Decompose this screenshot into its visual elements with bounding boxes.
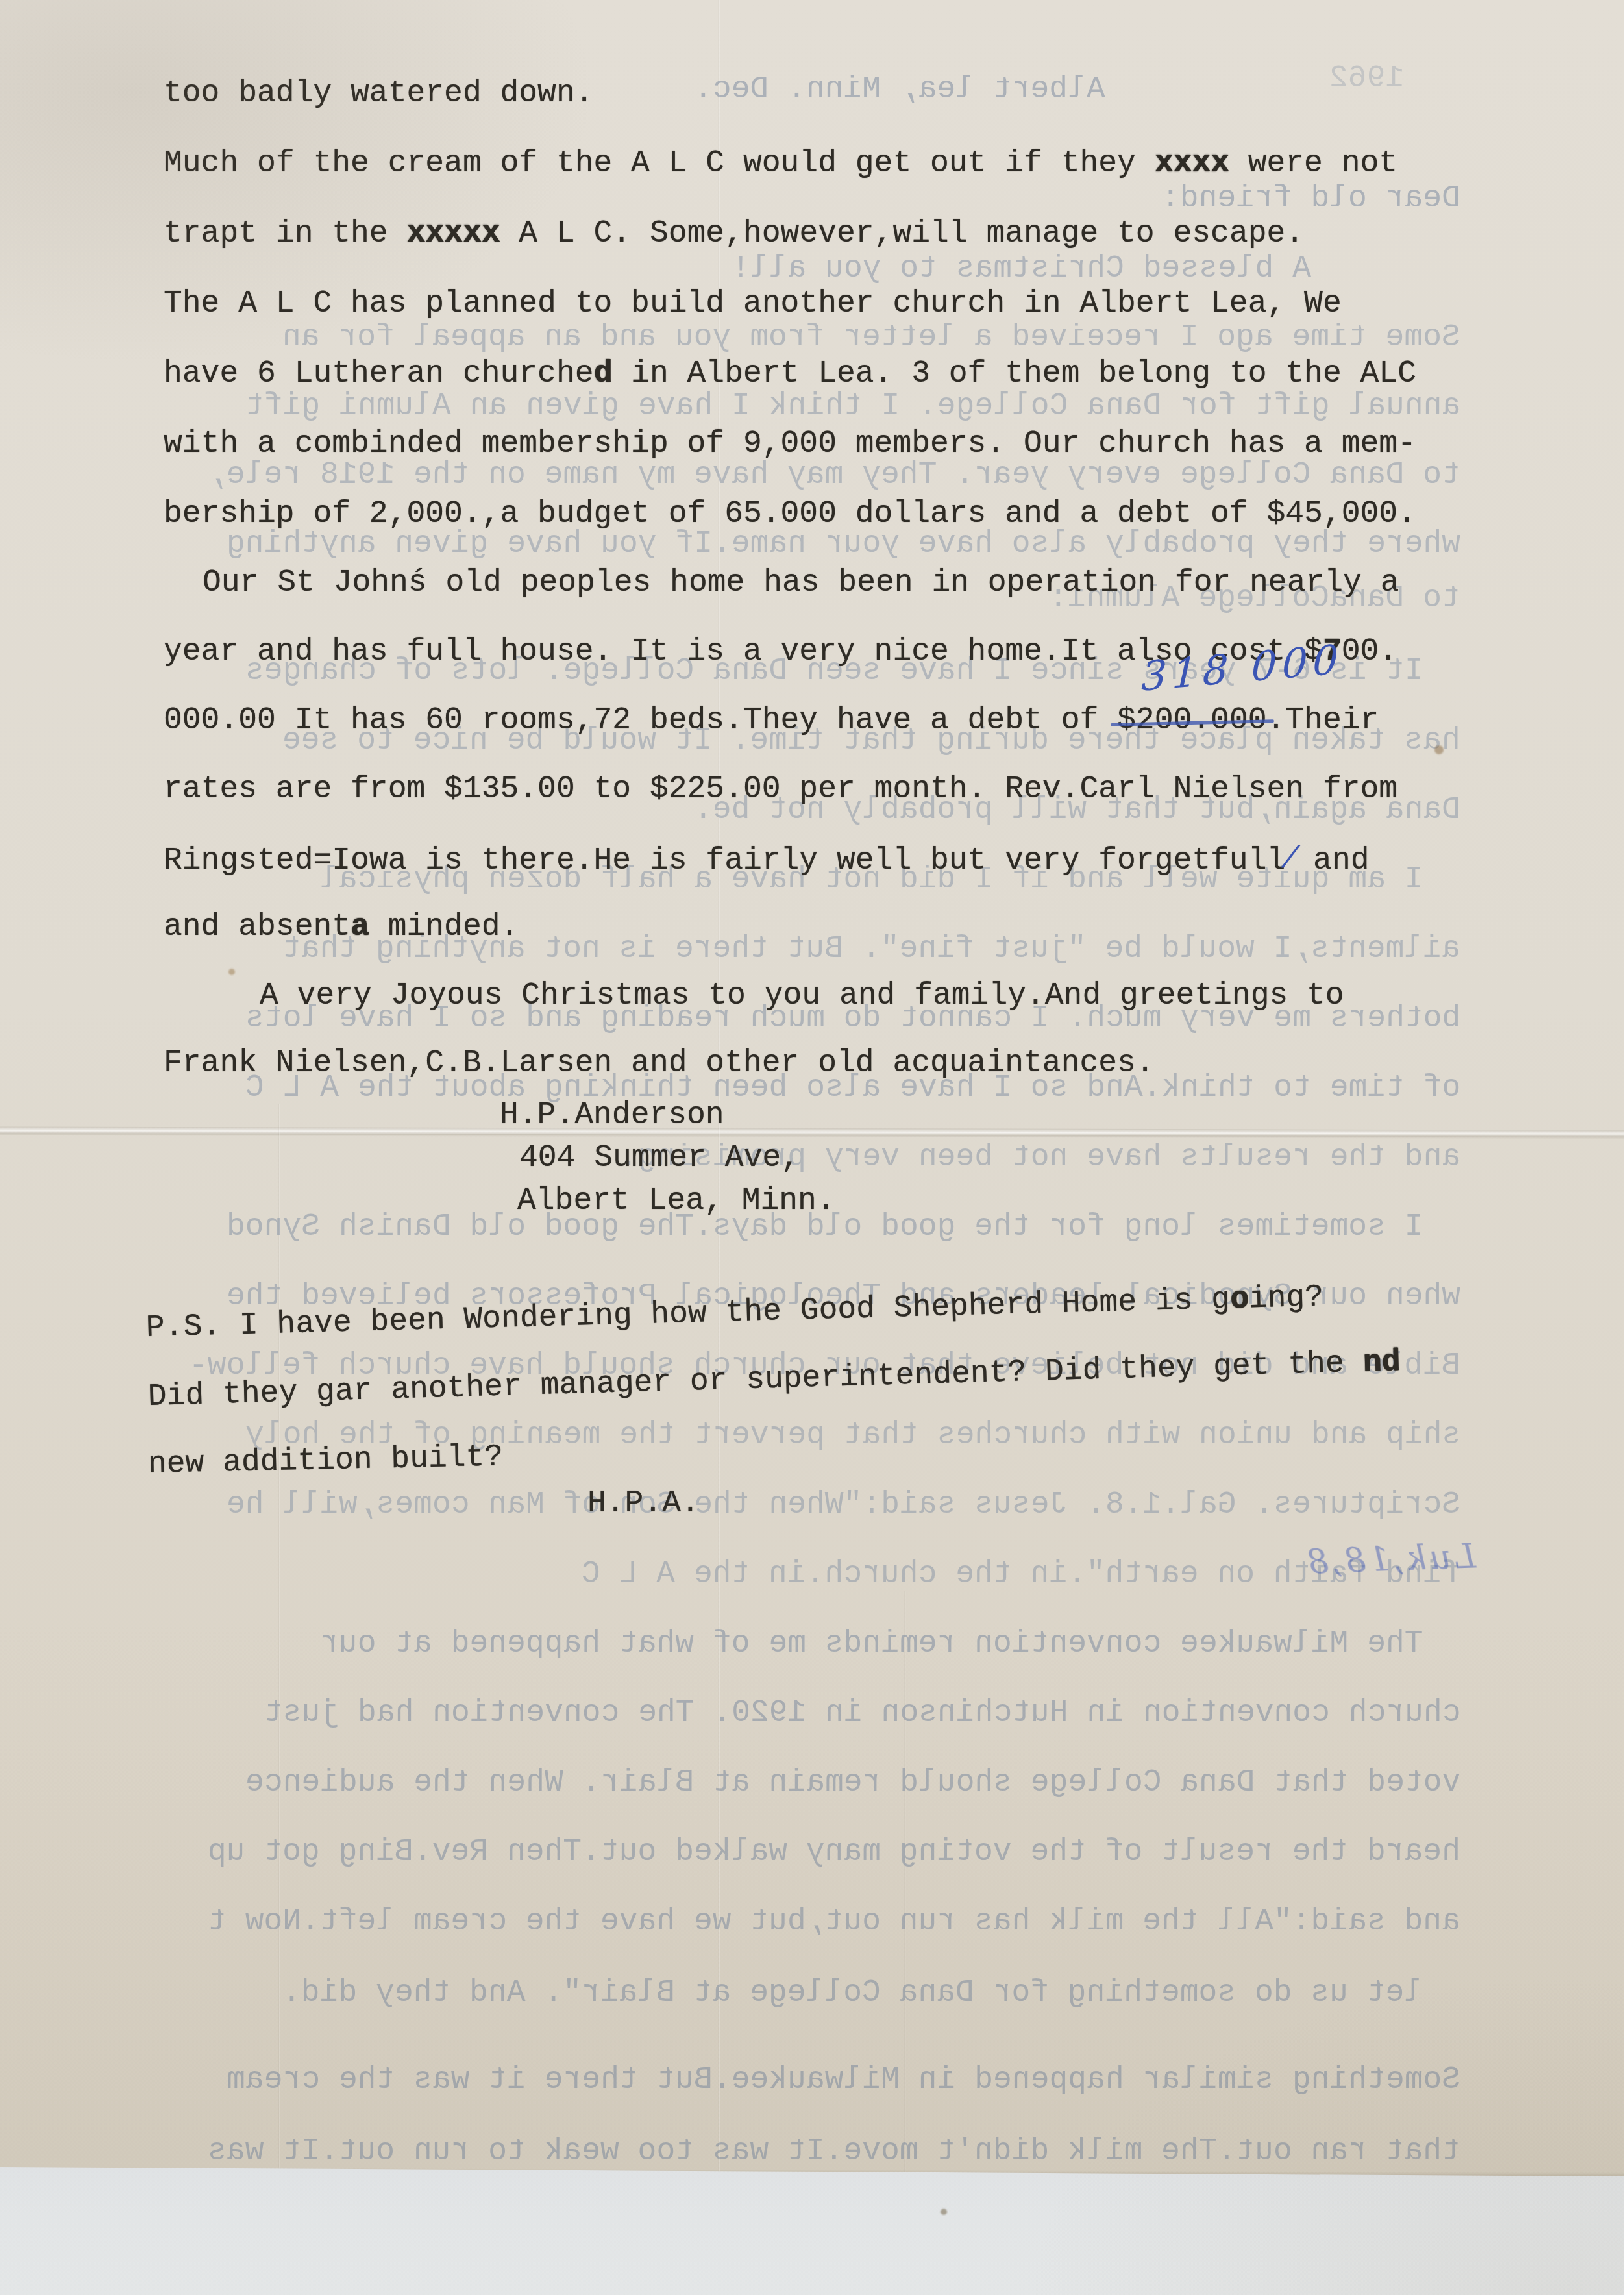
bleed-through-line: let us do something for Dana College at … — [282, 1976, 1423, 2011]
typed-line: A very Joyous Christmas to you and famil… — [260, 979, 1344, 1013]
overstruck-text: xxxxx — [406, 216, 500, 251]
paper: Albert lea, Minn. Dec.1962Dear old frien… — [0, 0, 1624, 2176]
blue-struck-amount: $200.000 — [1117, 703, 1266, 738]
typed-text: have 6 Lutheran churche — [164, 356, 594, 391]
bleed-through-line: Some time ago I received a letter from y… — [282, 321, 1460, 355]
typed-text: too badly watered down. — [164, 76, 594, 111]
bleed-through-line: The Milwaukee convention reminds me of w… — [320, 1627, 1423, 1661]
typed-line: The A L C has planned to build another c… — [164, 287, 1342, 321]
typed-text: H.P.A. — [587, 1486, 700, 1521]
bleed-through-line: that ran out.The milk didn't move.It was… — [208, 2135, 1460, 2169]
bleed-through-line: 1962 — [1329, 62, 1404, 96]
typed-text: and — [1294, 843, 1369, 878]
bleed-through-line: heard the result of the voting many walk… — [208, 1835, 1460, 1870]
vertical-fold-crease — [278, 1104, 280, 2175]
typed-line: Albert Lea, Minn. — [517, 1184, 835, 1219]
typed-line: 404 Summer Ave, — [519, 1141, 800, 1176]
typed-line: with a combinded membership of 9,000 mem… — [164, 427, 1416, 462]
typed-text: H.P.Anderson — [500, 1098, 724, 1133]
paper-stain — [1434, 745, 1444, 754]
typed-line: rates are from $135.00 to $225.00 per mo… — [164, 773, 1397, 807]
typed-line: Frank Nielsen,C.B.Larsen and other old a… — [164, 1047, 1155, 1081]
typed-text: and absent — [164, 910, 351, 945]
typed-text: Much of the cream of the A L C would get… — [164, 146, 1155, 181]
typed-text: Frank Nielsen,C.B.Larsen and other old a… — [164, 1046, 1155, 1081]
handwritten-bible-reference-bleed: Luk,18,8 — [1304, 1537, 1477, 1582]
typed-text: 000.00 It has 60 rooms,72 beds.They have… — [164, 703, 1117, 738]
typed-line: too badly watered down. — [164, 77, 594, 111]
overstruck-text: o — [1229, 1282, 1249, 1318]
typed-text: The A L C has planned to build another c… — [164, 286, 1342, 321]
typed-text: in Albert Lea. 3 of them belong to the A… — [612, 356, 1416, 391]
typed-line: Much of the cream of the A L C would get… — [164, 147, 1397, 181]
paper-stain — [228, 969, 235, 975]
bleed-through-line: voted that Dana College should remain at… — [245, 1766, 1460, 1800]
scanner-background — [0, 2165, 1624, 2295]
overstruck-text: a — [351, 910, 369, 945]
typed-line: H.P.A. — [587, 1487, 700, 1521]
typed-text: A L C. Some,however,will manage to escap… — [500, 216, 1305, 251]
horizontal-fold-crease — [0, 1126, 1624, 1139]
bleed-through-line: to Dana College every year. They may hav… — [208, 458, 1460, 493]
typed-text: bership of 2,000.,a budget of 65.000 dol… — [164, 497, 1416, 532]
paper-stain — [941, 2209, 947, 2215]
typed-text: with a combinded membership of 9,000 mem… — [164, 427, 1416, 462]
bleed-through-line: A blessed Christmas to you all! — [732, 252, 1311, 286]
bleed-through-line: church convention in Hutchinson in 1920.… — [264, 1696, 1461, 1731]
typed-line: new addition built? — [147, 1441, 503, 1482]
typed-line: Ringsted=Iowa is there.He is fairly well… — [164, 841, 1370, 878]
typed-text: Ringsted=Iowa is there.He is fairly well… — [164, 843, 1285, 878]
typed-text: Our St Johnś old peoples home has been i… — [203, 565, 1399, 601]
bleed-through-line: Dear old friend: — [1161, 182, 1460, 216]
overstruck-text: d — [594, 356, 613, 391]
bleed-through-line: and said:"All the milk has run out,but w… — [208, 1905, 1460, 1939]
typed-text: ing? — [1248, 1280, 1324, 1317]
typed-text: A very Joyous Christmas to you and famil… — [260, 978, 1344, 1013]
typed-text: .Their — [1266, 703, 1379, 738]
typed-text: were not — [1229, 146, 1397, 181]
overstruck-text: nd — [1362, 1345, 1401, 1381]
scanned-letter: Albert lea, Minn. Dec.1962Dear old frien… — [0, 0, 1624, 2295]
typed-text: rates are from $135.00 to $225.00 per mo… — [164, 772, 1397, 807]
bleed-through-line: annual gift for Dana College. I think I … — [245, 390, 1460, 424]
typed-line: trapt in the xxxxx A L C. Some,however,w… — [164, 217, 1304, 251]
typed-text: Albert Lea, Minn. — [517, 1184, 835, 1219]
typed-line: Our St Johnś old peoples home has been i… — [203, 566, 1399, 601]
typed-line: 000.00 It has 60 rooms,72 beds.They have… — [164, 704, 1379, 738]
typed-text: 00. — [1342, 634, 1397, 669]
typed-text: new addition built? — [147, 1440, 503, 1482]
typed-line: and absenta minded. — [164, 910, 519, 945]
bleed-through-line: Albert lea, Minn. Dec. — [694, 73, 1105, 107]
bleed-through-line: Something similar happened in Milwaukee.… — [227, 2063, 1460, 2098]
typed-text: 404 Summer Ave, — [519, 1141, 800, 1176]
typed-line: bership of 2,000.,a budget of 65.000 dol… — [164, 497, 1416, 532]
typed-line: have 6 Lutheran churched in Albert Lea. … — [164, 357, 1416, 391]
bleed-through-line: Scriptures. Gal.1.8. Jesus said:"When th… — [227, 1488, 1460, 1522]
bleed-through-line: where they probably also have your name.… — [227, 527, 1460, 562]
typed-line: H.P.Anderson — [500, 1098, 724, 1133]
typed-text: minded. — [369, 910, 519, 945]
typed-text: trapt in the — [164, 216, 406, 251]
overstruck-text: xxxx — [1155, 146, 1229, 181]
